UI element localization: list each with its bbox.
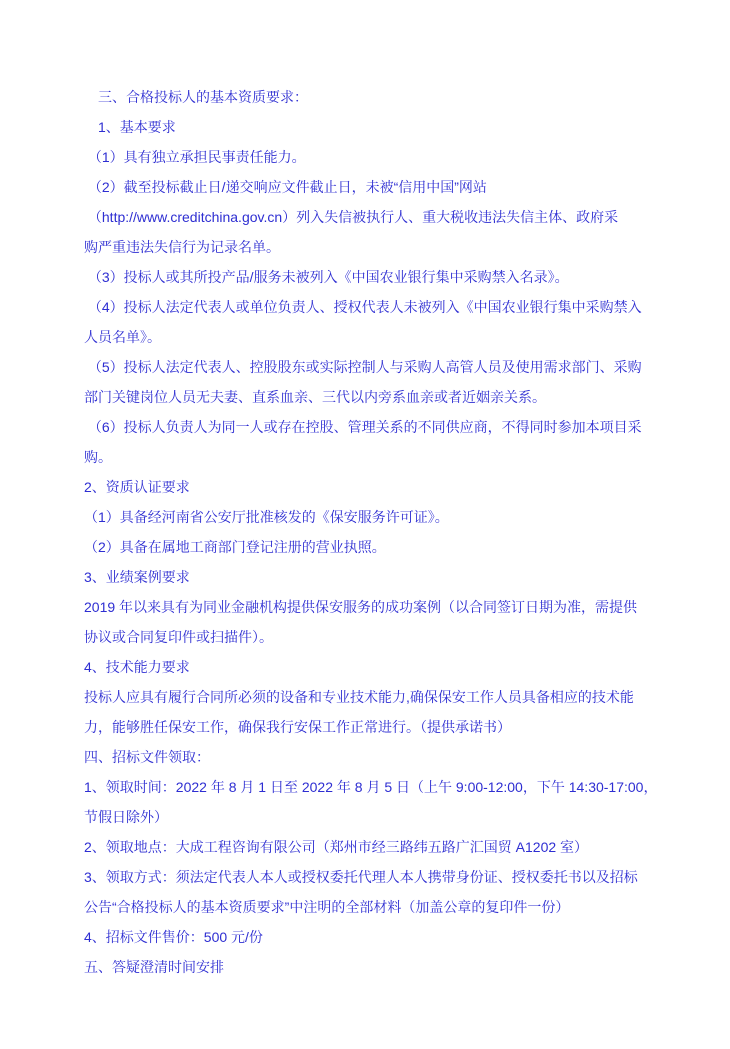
doc-line: 4、招标文件售价：500 元/份 <box>84 922 650 952</box>
document-page: 三、合格投标人的基本资质要求： 1、基本要求 （1）具有独立承担民事责任能力。 … <box>0 0 730 1049</box>
doc-line: 部门关键岗位人员无夫妻、直系血亲、三代以内旁系血亲或者近姻亲关系。 <box>84 382 650 412</box>
doc-line-item-2: 2、资质认证要求 <box>84 472 650 502</box>
doc-line-item-1: 1、基本要求 <box>84 112 650 142</box>
doc-line-heading-5: 五、答疑澄清时间安排 <box>84 952 650 982</box>
doc-line-item-4: 4、技术能力要求 <box>84 652 650 682</box>
doc-line: 1、领取时间：2022 年 8 月 1 日至 2022 年 8 月 5 日（上午… <box>84 772 650 802</box>
document-body: 三、合格投标人的基本资质要求： 1、基本要求 （1）具有独立承担民事责任能力。 … <box>84 82 650 982</box>
doc-line: 公告“合格投标人的基本资质要求”中注明的全部材料（加盖公章的复印件一份） <box>84 892 650 922</box>
doc-line-heading-4: 四、招标文件领取： <box>84 742 650 772</box>
doc-line: 2、领取地点：大成工程咨询有限公司（郑州市经三路纬五路广汇国贸 A1202 室） <box>84 832 650 862</box>
doc-line: 2019 年以来具有为同业金融机构提供保安服务的成功案例（以合同签订日期为准，需… <box>84 592 650 622</box>
doc-line: 购。 <box>84 442 650 472</box>
doc-line: （1）具有独立承担民事责任能力。 <box>84 142 650 172</box>
doc-line: 购严重违法失信行为记录名单。 <box>84 232 650 262</box>
doc-line: 投标人应具有履行合同所必须的设备和专业技术能力,确保保安工作人员具备相应的技术能 <box>84 682 650 712</box>
doc-line: （5）投标人法定代表人、控股股东或实际控制人与采购人高管人员及使用需求部门、采购 <box>84 352 650 382</box>
doc-line: （3）投标人或其所投产品/服务未被列入《中国农业银行集中采购禁入名录》。 <box>84 262 650 292</box>
doc-line: 协议或合同复印件或扫描件）。 <box>84 622 650 652</box>
doc-line: （2）具备在属地工商部门登记注册的营业执照。 <box>84 532 650 562</box>
doc-line: （2）截至投标截止日/递交响应文件截止日，未被“信用中国”网站 <box>84 172 650 202</box>
doc-line-url: （http://www.creditchina.gov.cn）列入失信被执行人、… <box>84 202 650 232</box>
doc-line: 人员名单》。 <box>84 322 650 352</box>
doc-line: 3、领取方式：须法定代表人本人或授权委托代理人本人携带身份证、授权委托书以及招标 <box>84 862 650 892</box>
doc-line: （1）具备经河南省公安厅批准核发的《保安服务许可证》。 <box>84 502 650 532</box>
doc-line: （6）投标人负责人为同一人或存在控股、管理关系的不同供应商，不得同时参加本项目采 <box>84 412 650 442</box>
doc-line-item-3: 3、业绩案例要求 <box>84 562 650 592</box>
doc-line: 节假日除外） <box>84 802 650 832</box>
doc-line-heading-3: 三、合格投标人的基本资质要求： <box>84 82 650 112</box>
doc-line: 力，能够胜任保安工作，确保我行安保工作正常进行。（提供承诺书） <box>84 712 650 742</box>
doc-line: （4）投标人法定代表人或单位负责人、授权代表人未被列入《中国农业银行集中采购禁入 <box>84 292 650 322</box>
